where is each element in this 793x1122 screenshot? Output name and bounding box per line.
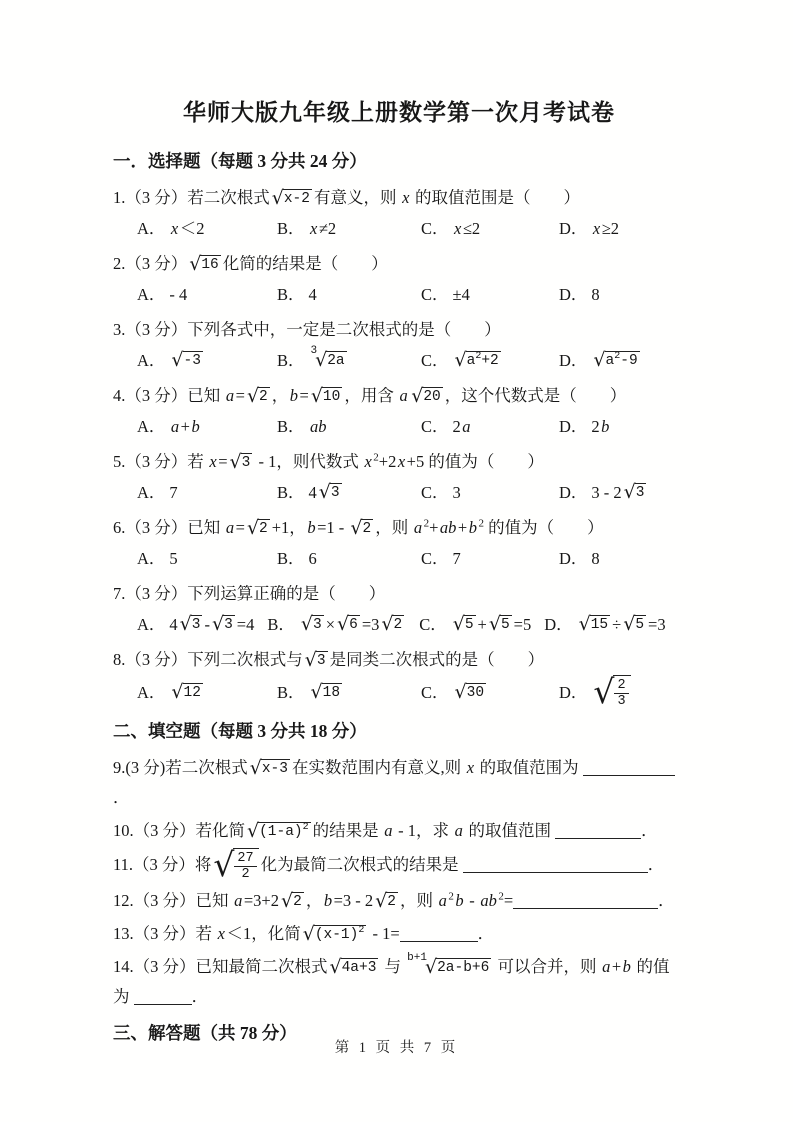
- options-row: A．4√3 -√3 =4B．√3 × √6 =3√2C．√5 +√5 =5D．√…: [113, 610, 685, 640]
- text-run: ≥2: [602, 214, 619, 244]
- radical-expression: √2: [247, 387, 270, 406]
- radical-expression: √20: [411, 387, 443, 406]
- question-10: 10.（3 分）若化简√(1-a)2的结果是 a - 1，求 a 的取值范围 ．: [113, 816, 685, 846]
- math-variable: ab: [479, 891, 499, 910]
- superscript: 2: [448, 891, 454, 903]
- question-stem: 8.（3 分）下列二次根式与√3是同类二次根式的是（ ）: [113, 645, 685, 675]
- radicand: 10: [322, 387, 342, 406]
- radicand: 15: [590, 615, 610, 634]
- radical-expression: √5: [623, 615, 646, 634]
- answer-blank: [583, 758, 675, 776]
- option-label: A．: [137, 610, 165, 640]
- radicand: 2a: [326, 351, 346, 370]
- question-6: 6.（3 分）已知 a=√2+1，b=1 - √2，则 a2+ab+b2 的值为…: [113, 513, 685, 574]
- text-run: =: [236, 518, 245, 537]
- question-stem: 3.（3 分）下列各式中，一定是二次根式的是（ ）: [113, 315, 685, 345]
- option-label: D．: [559, 412, 587, 442]
- option-D: D．8: [559, 280, 600, 310]
- option-label: B．: [267, 610, 295, 640]
- text-run: 3: [453, 478, 461, 508]
- text-run: 5: [169, 544, 177, 574]
- fraction: 23: [614, 678, 628, 709]
- text-run: +2: [379, 452, 397, 471]
- text-run: ，这个代数式是（ ）: [445, 386, 627, 405]
- math-variable: x: [208, 452, 218, 471]
- option-D: D．√15 ÷ √5 =3: [544, 610, 665, 640]
- text-run: ，用含: [344, 386, 398, 405]
- text-run: 化简的结果是（ ）: [223, 254, 388, 273]
- question-3: 3.（3 分）下列各式中，一定是二次根式的是（ ）A．√-3B．3√2aC．√a…: [113, 315, 685, 376]
- text-run: 4.（3 分）已知: [113, 386, 224, 405]
- radical-expression: √2: [375, 892, 398, 911]
- option-B: B．√3 × √6 =3√2: [267, 610, 406, 640]
- option-B: B．ab: [277, 412, 421, 442]
- option-label: C．: [421, 346, 449, 376]
- radicand-superscript: 2: [303, 822, 309, 833]
- math-variable: b: [467, 518, 478, 537]
- fraction-denominator: 3: [614, 694, 628, 709]
- radicand: 16: [200, 255, 220, 274]
- radicand: (x-1)2: [314, 925, 367, 944]
- option-label: C．: [421, 214, 449, 244]
- exam-body: 一．选择题（每题 3 分共 24 分）1.（3 分）若二次根式√x-2有意义，则…: [113, 148, 685, 1046]
- radicand: 3: [312, 615, 324, 634]
- math-variable: a: [437, 891, 448, 910]
- text-run: ，则: [375, 518, 412, 537]
- exam-content: 华师大版九年级上册数学第一次月考试卷 一．选择题（每题 3 分共 24 分）1.…: [113, 98, 685, 1055]
- text-run: 的取值范围是（ ）: [411, 188, 580, 207]
- text-run: =4: [237, 610, 255, 640]
- radical-fraction: √272: [213, 848, 258, 882]
- option-label: A．: [137, 478, 165, 508]
- math-variable: a: [601, 957, 612, 976]
- option-label: B．: [277, 478, 305, 508]
- radicand-superscript: 2: [358, 925, 364, 936]
- radical-expression: √3: [230, 453, 253, 472]
- radicand: 5: [634, 615, 646, 634]
- math-variable: a: [224, 518, 235, 537]
- page-footer: 第 1 页 共 7 页: [0, 1036, 793, 1057]
- text-run: =: [218, 452, 227, 471]
- radicand: 5: [500, 615, 512, 634]
- option-C: C．3: [421, 478, 559, 508]
- text-run: - 1=: [368, 924, 399, 943]
- text-run: +1，: [272, 518, 306, 537]
- fraction-numerator: 2: [614, 678, 628, 694]
- option-label: A．: [137, 214, 165, 244]
- question-stem: 10.（3 分）若化简√(1-a)2的结果是 a - 1，求 a 的取值范围 ．: [113, 816, 685, 846]
- math-variable: a: [383, 821, 394, 840]
- radical-expression: √3: [624, 483, 647, 502]
- radical-expression: √4a+3: [330, 958, 379, 977]
- option-A: A．- 4: [137, 280, 277, 310]
- text-run: +: [612, 957, 621, 976]
- text-run: ≤2: [463, 214, 480, 244]
- text-run: ×: [326, 610, 335, 640]
- option-label: B．: [277, 346, 305, 376]
- section-header: 二、填空题（每题 3 分共 18 分）: [113, 718, 685, 744]
- radical-expression: √10: [311, 387, 343, 406]
- text-run: 化为最简二次根式的结果是: [261, 855, 463, 874]
- option-label: A．: [137, 346, 165, 376]
- answer-blank: [513, 891, 658, 909]
- text-run: =3: [648, 610, 666, 640]
- radicand: x-2: [283, 189, 312, 208]
- text-run: ≠2: [319, 214, 336, 244]
- radicand: 2: [361, 519, 373, 538]
- radical-expression: √30: [455, 683, 487, 702]
- text-run: =3 - 2: [334, 891, 374, 910]
- radical-expression: √2: [350, 519, 373, 538]
- option-C: C．x≤2: [421, 214, 559, 244]
- text-run: =1 -: [317, 518, 348, 537]
- radicand: 5: [464, 615, 476, 634]
- math-variable: x: [401, 188, 411, 207]
- option-C: C．7: [421, 544, 559, 574]
- option-D: D．x≥2: [559, 214, 619, 244]
- text-run: 3 - 2: [591, 478, 621, 508]
- text-run: +: [181, 412, 190, 442]
- math-variable: a: [453, 821, 464, 840]
- radical-expression: √x-2: [272, 189, 312, 208]
- option-label: B．: [277, 280, 305, 310]
- radical-expression: √5: [453, 615, 476, 634]
- text-run: ，: [306, 891, 323, 910]
- option-label: A．: [137, 280, 165, 310]
- option-C: C．2a: [421, 412, 559, 442]
- text-run: 在实数范围内有意义,则: [292, 758, 465, 777]
- text-run: - 4: [169, 280, 187, 310]
- text-run: 8: [591, 280, 599, 310]
- root-index: 3: [311, 346, 318, 357]
- option-label: C．: [421, 544, 449, 574]
- option-label: C．: [421, 678, 449, 708]
- radical-expression: √3: [212, 615, 235, 634]
- radicand-superscript: 2: [475, 351, 481, 362]
- radical-expression: √(1-a)2: [247, 822, 311, 841]
- text-run: ＜1，化简: [226, 924, 300, 943]
- math-variable: x: [309, 214, 319, 244]
- option-label: B．: [277, 412, 305, 442]
- options-row: A．a+bB．abC．2aD．2b: [113, 412, 685, 442]
- option-label: A．: [137, 678, 165, 708]
- radical-expression: √a2-9: [593, 351, 639, 370]
- text-run: ＜2: [180, 214, 205, 244]
- fraction-denominator: 2: [238, 867, 252, 882]
- question-1: 1.（3 分）若二次根式√x-2有意义，则 x 的取值范围是（ ）A．x＜2B．…: [113, 183, 685, 244]
- fraction: 272: [234, 851, 256, 882]
- text-run: 是同类二次根式的是（ ）: [330, 650, 545, 669]
- option-D: D．3 - 2√3: [559, 478, 648, 508]
- text-run: 11.（3 分）将: [113, 855, 211, 874]
- radical-expression: √2: [281, 892, 304, 911]
- text-run: 与: [380, 957, 405, 976]
- text-run: 4: [309, 478, 317, 508]
- math-variable: x: [453, 214, 463, 244]
- root-index: b+1: [407, 953, 427, 964]
- radicand: 23: [613, 675, 630, 709]
- text-run: 5.（3 分）若: [113, 452, 208, 471]
- radicand: a2-9: [605, 351, 640, 370]
- question-11: 11.（3 分）将√272化为最简二次根式的结果是 ．: [113, 849, 685, 883]
- option-C: C．√5 +√5 =5: [419, 610, 531, 640]
- options-row: A．√12B．√18C．√30D．√23: [113, 676, 685, 710]
- math-variable: b: [190, 412, 201, 442]
- radicand: 18: [322, 683, 342, 702]
- radicand: 30: [466, 683, 486, 702]
- radical-expression: √15: [579, 615, 611, 634]
- text-run: 可以合并，则: [493, 957, 600, 976]
- option-label: C．: [421, 280, 449, 310]
- radicand: 20: [422, 387, 442, 406]
- radical-expression: √3: [180, 615, 203, 634]
- question-2: 2.（3 分）√16化简的结果是（ ）A．- 4B．4C．±4D．8: [113, 249, 685, 310]
- radical-expression: √2: [247, 519, 270, 538]
- option-A: A．a+b: [137, 412, 277, 442]
- text-run: -: [465, 891, 479, 910]
- options-row: A．√-3B．3√2aC．√a2+2D．√a2-9: [113, 346, 685, 376]
- text-run: +: [458, 518, 467, 537]
- options-row: A．7B．4√3C．3D．3 - 2√3: [113, 478, 685, 508]
- radicand: 2: [386, 892, 398, 911]
- text-run: 10.（3 分）若化简: [113, 821, 245, 840]
- option-B: B．6: [277, 544, 421, 574]
- radical-expression: √2: [381, 615, 404, 634]
- radicand: 3: [635, 483, 647, 502]
- option-label: C．: [421, 412, 449, 442]
- text-run: +5 的值为（ ）: [407, 452, 544, 471]
- text-run: 2.（3 分）: [113, 254, 187, 273]
- option-label: C．: [421, 478, 449, 508]
- question-14: 14.（3 分）已知最简二次根式√4a+3 与 b+1√2a-b+6 可以合并，…: [113, 952, 685, 1012]
- question-8: 8.（3 分）下列二次根式与√3是同类二次根式的是（ ）A．√12B．√18C．…: [113, 645, 685, 710]
- radical-expression: √12: [171, 683, 203, 702]
- radicand: 3: [241, 453, 253, 472]
- option-B: B．3√2a: [277, 346, 421, 376]
- text-run: =: [236, 386, 245, 405]
- option-A: A．5: [137, 544, 277, 574]
- radicand: -3: [183, 351, 203, 370]
- option-D: D．2b: [559, 412, 611, 442]
- math-variable: a: [224, 386, 235, 405]
- option-A: A．√-3: [137, 346, 277, 376]
- text-run: =: [504, 891, 513, 910]
- option-label: B．: [277, 678, 305, 708]
- math-variable: b: [322, 891, 333, 910]
- question-stem: 14.（3 分）已知最简二次根式√4a+3 与 b+1√2a-b+6 可以合并，…: [113, 952, 685, 1012]
- text-run: ，: [272, 386, 289, 405]
- text-run: 1.（3 分）若二次根式: [113, 188, 270, 207]
- math-variable: a: [412, 518, 423, 537]
- answer-blank: [463, 855, 648, 873]
- answer-blank: [134, 987, 192, 1005]
- text-run: +: [429, 518, 438, 537]
- question-stem: 4.（3 分）已知 a=√2，b=√10，用含 a√20，这个代数式是（ ）: [113, 381, 685, 411]
- text-run: 7.（3 分）下列运算正确的是（ ）: [113, 584, 385, 603]
- text-run: ±4: [453, 280, 470, 310]
- radical-expression: √6: [337, 615, 360, 634]
- question-stem: 5.（3 分）若 x=√3 - 1，则代数式 x2+2x+5 的值为（ ）: [113, 447, 685, 477]
- text-run: 8: [591, 544, 599, 574]
- radicand: (1-a)2: [258, 822, 311, 841]
- section-header: 一．选择题（每题 3 分共 24 分）: [113, 148, 685, 174]
- text-run: ．: [192, 987, 209, 1006]
- radical-expression: √x-3: [250, 759, 290, 778]
- radicand: 3: [223, 615, 235, 634]
- option-B: B．4: [277, 280, 421, 310]
- options-row: A．5B．6C．7D．8: [113, 544, 685, 574]
- math-variable: b: [454, 891, 465, 910]
- radicand: 3: [316, 651, 328, 670]
- option-D: D．√a2-9: [559, 346, 642, 376]
- answer-blank: [400, 924, 478, 942]
- text-run: 14.（3 分）已知最简二次根式: [113, 957, 328, 976]
- option-C: C．±4: [421, 280, 559, 310]
- answer-blank: [555, 821, 641, 839]
- math-variable: a: [233, 891, 244, 910]
- option-label: D．: [544, 610, 572, 640]
- text-run: -: [204, 610, 210, 640]
- text-run: ．: [478, 924, 495, 943]
- option-B: B．x≠2: [277, 214, 421, 244]
- math-variable: x: [363, 452, 373, 471]
- option-label: D．: [559, 544, 587, 574]
- radicand-superscript: 2: [614, 351, 620, 362]
- radicand: 12: [183, 683, 203, 702]
- text-run: 4: [169, 610, 177, 640]
- option-A: A．4√3 -√3 =4: [137, 610, 254, 640]
- radicand: 2: [258, 387, 270, 406]
- radical-expression: √16: [189, 255, 221, 274]
- option-label: D．: [559, 478, 587, 508]
- option-D: D．√23: [559, 676, 633, 710]
- radicand: 4a+3: [341, 958, 379, 977]
- option-label: D．: [559, 214, 587, 244]
- text-run: 7: [453, 544, 461, 574]
- math-variable: x: [591, 214, 601, 244]
- text-run: =5: [514, 610, 532, 640]
- option-label: B．: [277, 214, 305, 244]
- text-run: 7: [169, 478, 177, 508]
- option-label: D．: [559, 280, 587, 310]
- question-stem: 11.（3 分）将√272化为最简二次根式的结果是 ．: [113, 849, 685, 883]
- math-variable: b: [288, 386, 299, 405]
- text-run: ．: [641, 821, 658, 840]
- fraction-numerator: 27: [234, 851, 256, 867]
- text-run: 的取值范围: [464, 821, 555, 840]
- math-variable: x: [396, 452, 406, 471]
- text-run: - 1，则代数式: [254, 452, 363, 471]
- option-label: A．: [137, 544, 165, 574]
- math-variable: a: [398, 386, 409, 405]
- radicand: 2a-b+6: [436, 958, 491, 977]
- text-run: ÷: [612, 610, 621, 640]
- option-label: D．: [559, 678, 587, 708]
- text-run: 8.（3 分）下列二次根式与: [113, 650, 303, 669]
- math-variable: b: [621, 957, 632, 976]
- text-run: 3.（3 分）下列各式中，一定是二次根式的是（ ）: [113, 320, 501, 339]
- text-run: +: [478, 610, 487, 640]
- option-A: A．x＜2: [137, 214, 277, 244]
- question-4: 4.（3 分）已知 a=√2，b=√10，用含 a√20，这个代数式是（ ）A．…: [113, 381, 685, 442]
- math-variable: a: [461, 412, 472, 442]
- math-variable: b: [600, 412, 611, 442]
- text-run: 4: [309, 280, 317, 310]
- question-stem: 1.（3 分）若二次根式√x-2有意义，则 x 的取值范围是（ ）: [113, 183, 685, 213]
- exam-title: 华师大版九年级上册数学第一次月考试卷: [113, 98, 685, 128]
- option-A: A．√12: [137, 678, 277, 708]
- question-12: 12.（3 分）已知 a=3+2√2，b=3 - 2√2，则 a2b - ab2…: [113, 886, 685, 916]
- text-run: 13.（3 分）若: [113, 924, 216, 943]
- question-13: 13.（3 分）若 x＜1，化简√(x-1)2 - 1=．: [113, 919, 685, 949]
- question-stem: 6.（3 分）已知 a=√2+1，b=1 - √2，则 a2+ab+b2 的值为…: [113, 513, 685, 543]
- radicand: 2: [292, 892, 304, 911]
- text-run: 的取值范围为: [476, 758, 583, 777]
- radicand: 272: [233, 848, 258, 882]
- math-variable: a: [169, 412, 180, 442]
- radicand: x-3: [261, 759, 290, 778]
- option-C: C．√a2+2: [421, 346, 559, 376]
- option-B: B．4√3: [277, 478, 421, 508]
- nth-root-expression: b+1√2a-b+6: [407, 958, 491, 977]
- question-5: 5.（3 分）若 x=√3 - 1，则代数式 x2+2x+5 的值为（ ）A．7…: [113, 447, 685, 508]
- nth-root-expression: 3√2a: [311, 351, 347, 370]
- text-run: 12.（3 分）已知: [113, 891, 233, 910]
- option-label: A．: [137, 412, 165, 442]
- radicand: 6: [348, 615, 360, 634]
- radical-sign-icon: √: [593, 675, 614, 708]
- math-variable: b: [306, 518, 317, 537]
- question-9: 9.(3 分)若二次根式√x-3在实数范围内有意义,则 x 的取值范围为 ．: [113, 753, 685, 813]
- radicand: 2: [258, 519, 270, 538]
- radical-sign-icon: √: [213, 848, 234, 881]
- text-run: =: [300, 386, 309, 405]
- question-stem: 9.(3 分)若二次根式√x-3在实数范围内有意义,则 x 的取值范围为 ．: [113, 753, 685, 813]
- text-run: 2: [453, 412, 461, 442]
- radical-expression: √-3: [171, 351, 203, 370]
- question-stem: 2.（3 分）√16化简的结果是（ ）: [113, 249, 685, 279]
- text-run: ．: [113, 788, 130, 807]
- option-label: D．: [559, 346, 587, 376]
- math-variable: ab: [309, 412, 329, 442]
- radical-expression: √18: [311, 683, 343, 702]
- text-run: =3+2: [244, 891, 279, 910]
- question-7: 7.（3 分）下列运算正确的是（ ）A．4√3 -√3 =4B．√3 × √6 …: [113, 579, 685, 640]
- radical-expression: √a2+2: [455, 351, 501, 370]
- option-B: B．√18: [277, 678, 421, 708]
- option-D: D．8: [559, 544, 600, 574]
- question-stem: 12.（3 分）已知 a=3+2√2，b=3 - 2√2，则 a2b - ab2…: [113, 886, 685, 916]
- text-run: 6.（3 分）已知: [113, 518, 224, 537]
- text-run: =3: [362, 610, 380, 640]
- option-C: C．√30: [421, 678, 559, 708]
- radicand: 3: [191, 615, 203, 634]
- radical-expression: √3: [301, 615, 324, 634]
- math-variable: ab: [438, 518, 458, 537]
- radical-expression: √(x-1)2: [303, 925, 367, 944]
- text-run: ，则: [400, 891, 437, 910]
- option-label: C．: [419, 610, 447, 640]
- radical-expression: √3: [319, 483, 342, 502]
- text-run: 9.(3 分)若二次根式: [113, 758, 248, 777]
- math-variable: x: [465, 758, 475, 777]
- option-label: B．: [277, 544, 305, 574]
- math-variable: x: [216, 924, 226, 943]
- text-run: ．: [648, 855, 665, 874]
- question-stem: 13.（3 分）若 x＜1，化简√(x-1)2 - 1=．: [113, 919, 685, 949]
- option-A: A．7: [137, 478, 277, 508]
- radical-expression: √3: [305, 651, 328, 670]
